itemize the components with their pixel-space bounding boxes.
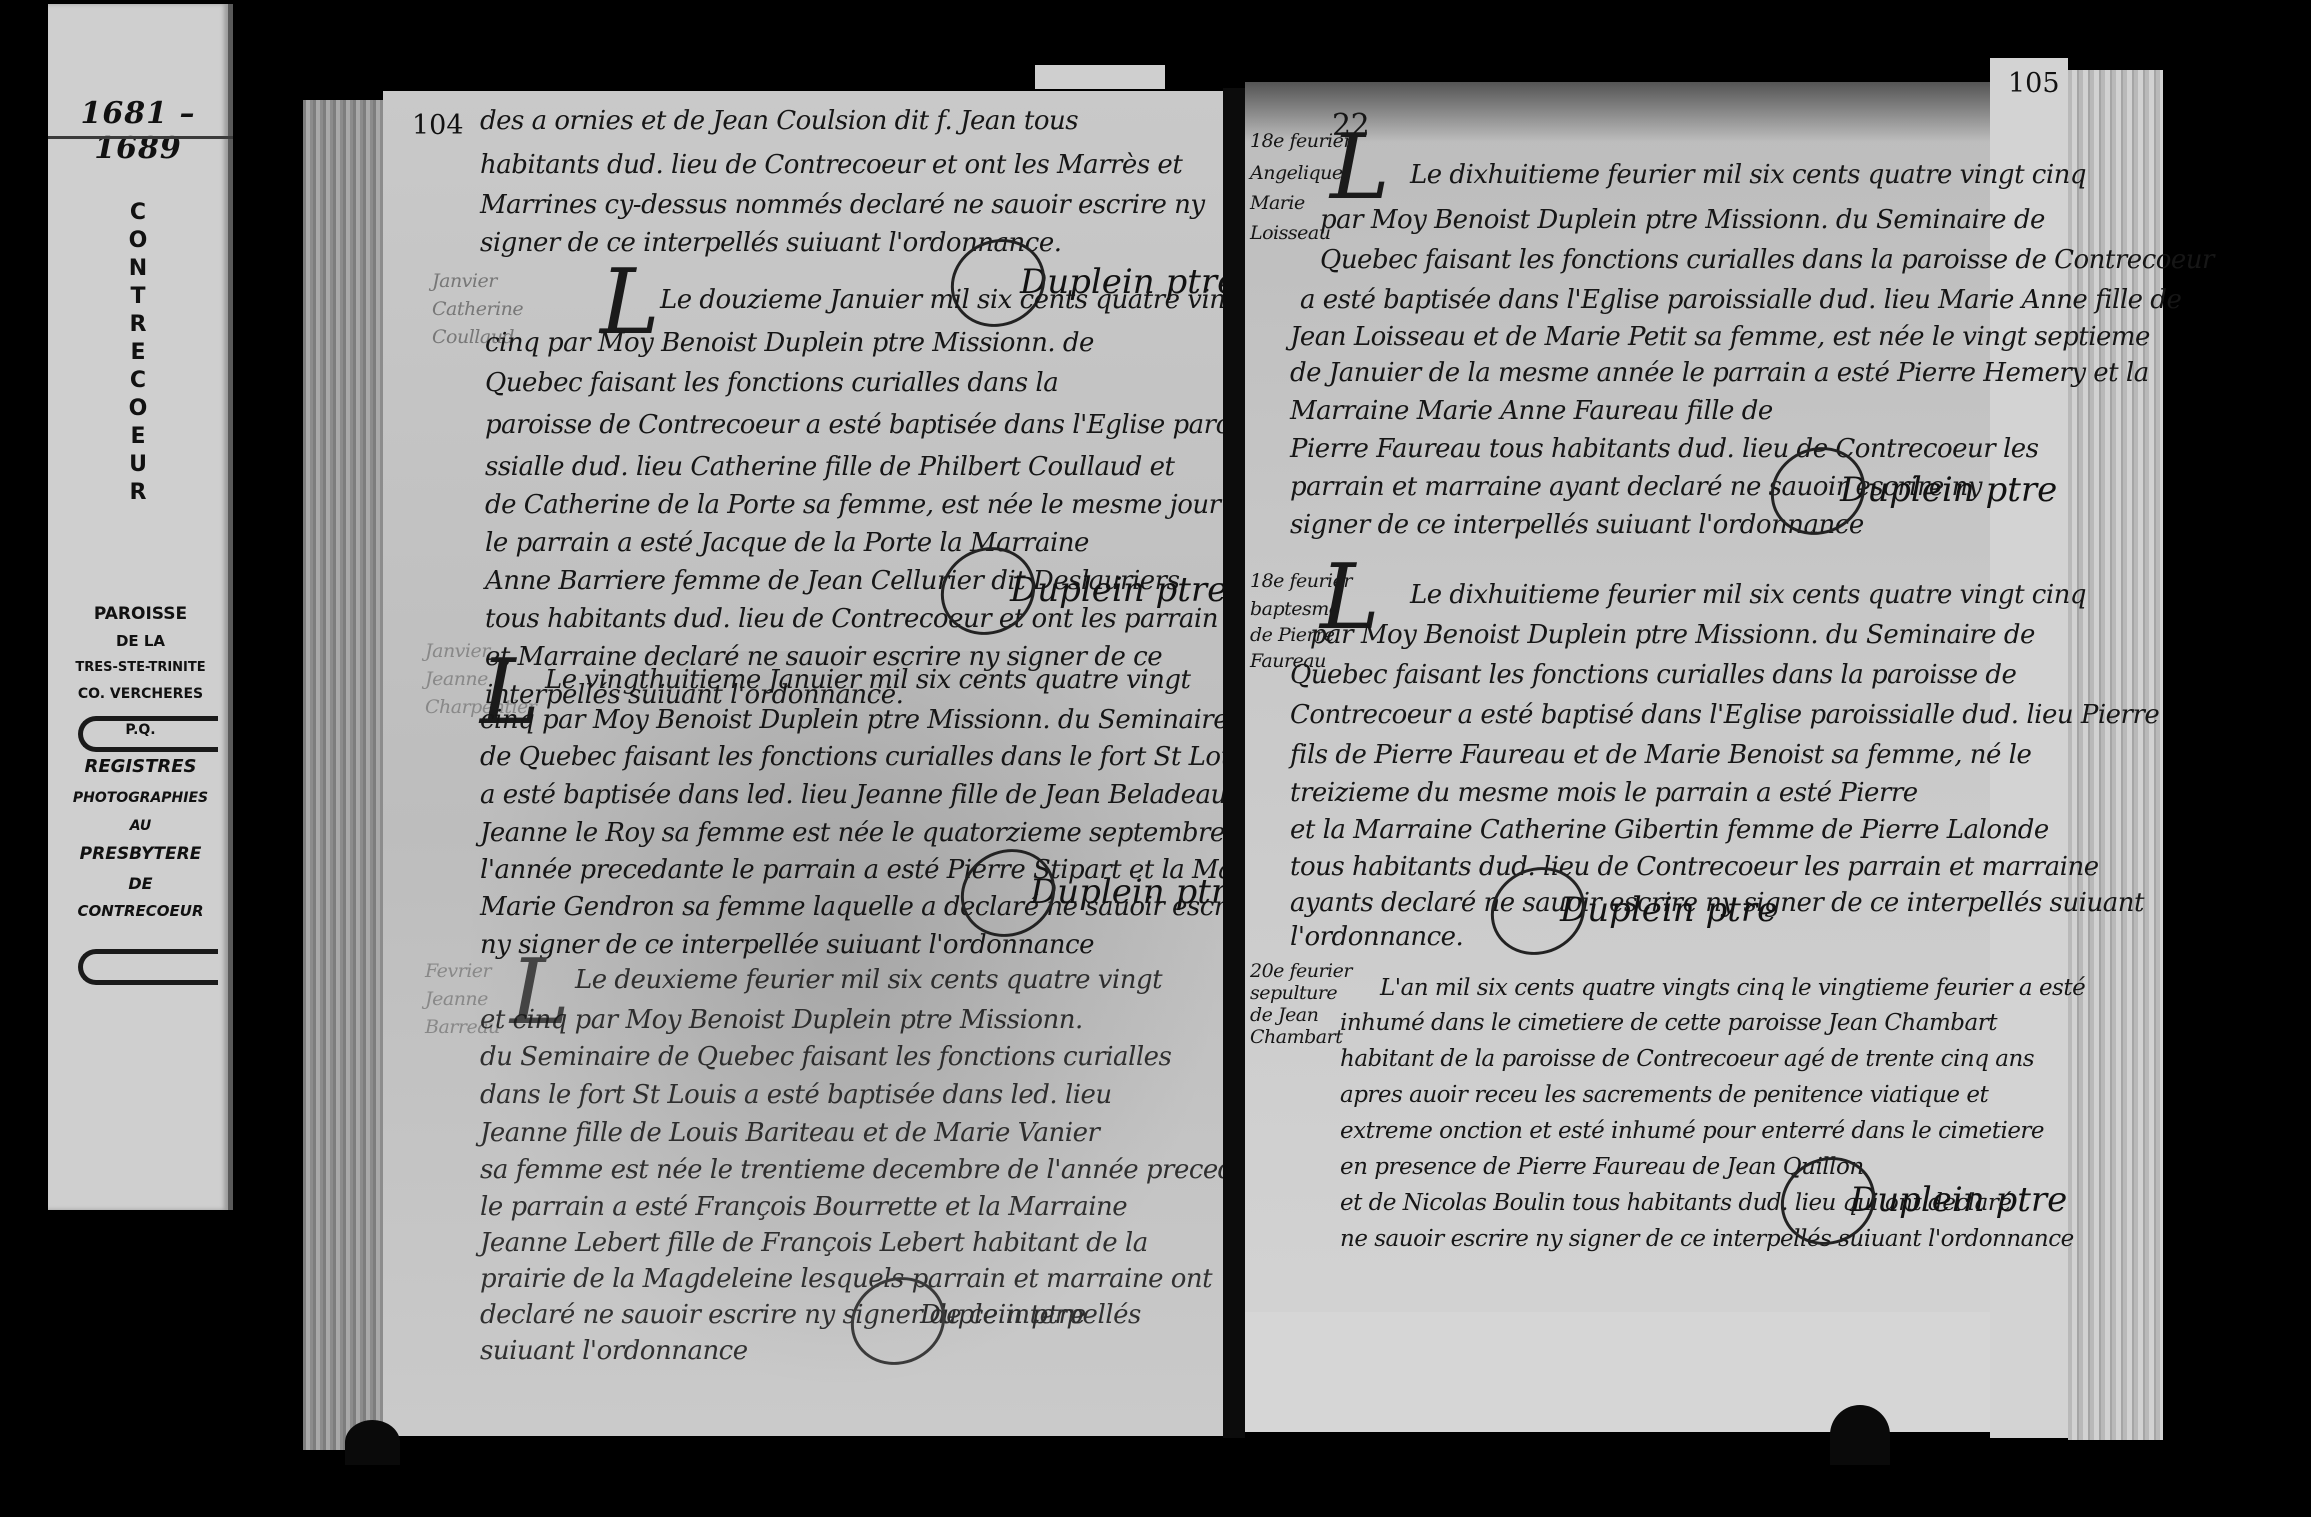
entry-line: suiuant l'ordonnance xyxy=(480,1336,748,1366)
entry-line: par Moy Benoist Duplein ptre Missionn. d… xyxy=(1310,620,2035,650)
entry-line: dans le fort St Louis a esté baptisée da… xyxy=(480,1080,1112,1110)
entry-line: Le douzieme Januier mil six cents quatre… xyxy=(660,285,1252,315)
entry-line: Quebec faisant les fonctions curialles d… xyxy=(485,368,1058,398)
entry-line: fils de Pierre Faureau et de Marie Benoi… xyxy=(1290,740,2031,770)
entry-line: Le dixhuitieme feurier mil six cents qua… xyxy=(1410,580,2086,610)
entry-line: habitants dud. lieu de Contrecoeur et on… xyxy=(480,150,1182,180)
margin-note: 20e feurier xyxy=(1250,960,1352,982)
label-province: P.Q. xyxy=(48,722,233,738)
parish-name-vertical: C O N T R E C O E U R xyxy=(123,202,153,504)
entry-line: Pierre Faureau tous habitants dud. lieu … xyxy=(1290,434,2039,464)
entry-line: cinq par Moy Benoist Duplein ptre Missio… xyxy=(480,705,1228,735)
entry-line: du Seminaire de Quebec faisant les fonct… xyxy=(480,1042,1171,1072)
divider xyxy=(48,136,233,139)
label-de: DE xyxy=(48,874,233,893)
entry-line: de Januier de la mesme année le parrain … xyxy=(1290,358,2149,388)
priest-signature: Duplein ptre xyxy=(1560,890,1777,930)
book-gutter xyxy=(1223,88,1245,1438)
entry-line: Jeanne fille de Louis Bariteau et de Mar… xyxy=(480,1118,1099,1148)
letter: C xyxy=(130,202,146,224)
entry-line: le parrain a esté François Bourrette et … xyxy=(480,1192,1127,1222)
letter: R xyxy=(130,314,147,336)
entry-line: prairie de la Magdeleine lesquels parrai… xyxy=(480,1264,1212,1294)
margin-note: Marie xyxy=(1250,192,1305,214)
margin-note: Catherine xyxy=(432,298,523,320)
left-page-number: 104 xyxy=(412,110,464,141)
margin-note: Janvier xyxy=(432,270,497,292)
entry-line: Le vingthuitieme Januier mil six cents q… xyxy=(545,665,1190,695)
entry-line: Marraine Marie Anne Faureau fille de xyxy=(1290,396,1773,426)
margin-note: Jeanne xyxy=(425,988,488,1010)
thumb-right xyxy=(1830,1405,1890,1465)
register-years: 1681 – 1689 xyxy=(48,96,228,166)
entry-line: Marrines cy-dessus nommés declaré ne sau… xyxy=(480,190,1205,220)
letter: R xyxy=(130,482,147,504)
margin-note: Chambart xyxy=(1250,1026,1342,1048)
letter: O xyxy=(129,230,148,252)
entry-line: tous habitants dud. lieu de Contrecoeur … xyxy=(1290,852,2099,882)
label-au: AU xyxy=(48,818,233,834)
entry-line: et la Marraine Catherine Gibertin femme … xyxy=(1290,815,2049,845)
margin-note: Fevrier xyxy=(425,960,491,982)
page-bottom-margin xyxy=(1245,1312,2045,1432)
entry-line: ne sauoir escrire ny signer de ce interp… xyxy=(1340,1226,2074,1252)
entry-line: extreme onction et esté inhumé pour ente… xyxy=(1340,1118,2044,1144)
paper-slip xyxy=(1035,65,1165,89)
entry-line: Jean Loisseau et de Marie Petit sa femme… xyxy=(1290,322,2150,352)
entry-line: habitant de la paroisse de Contrecoeur a… xyxy=(1340,1046,2034,1072)
entry-line: a esté baptisée dans l'Eglise paroissial… xyxy=(1300,285,2181,315)
entry-line: paroisse de Contrecoeur a esté baptisée … xyxy=(485,410,1247,440)
letter: E xyxy=(130,342,145,364)
entry-line: Jeanne Lebert fille de François Lebert h… xyxy=(480,1228,1148,1258)
priest-signature: Duplein ptre xyxy=(920,1300,1086,1330)
entry-line: Le deuxieme feurier mil six cents quatre… xyxy=(575,965,1162,995)
entry-line: treizieme du mesme mois le parrain a est… xyxy=(1290,778,1918,808)
entry-line: ssialle dud. lieu Catherine fille de Phi… xyxy=(485,452,1174,482)
entry-line: par Moy Benoist Duplein ptre Missionn. d… xyxy=(1320,205,2045,235)
label-presbytere: PRESBYTERE xyxy=(48,844,233,864)
margin-note: Jeanne xyxy=(425,668,488,690)
priest-signature: Duplein ptre xyxy=(1030,872,1247,912)
entry-line: sa femme est née le trentieme decembre d… xyxy=(480,1155,1290,1185)
entry-line: a esté baptisée dans led. lieu Jeanne fi… xyxy=(480,780,1298,810)
label-contrecoeur: CONTRECOEUR xyxy=(48,902,233,920)
label-photographies: PHOTOGRAPHIES xyxy=(48,790,233,806)
label-registres: REGISTRES xyxy=(48,756,233,777)
entry-line: Quebec faisant les fonctions curialles d… xyxy=(1290,660,2016,690)
entry-line: L'an mil six cents quatre vingts cinq le… xyxy=(1380,975,2085,1001)
entry-line: en presence de Pierre Faureau de Jean Qu… xyxy=(1340,1154,1864,1180)
right-page-number: 105 xyxy=(2008,68,2060,99)
book-page-edges-right xyxy=(2068,70,2163,1440)
entry-line: des a ornies et de Jean Coulsion dit f. … xyxy=(480,106,1078,136)
entry-line: de Catherine de la Porte sa femme, est n… xyxy=(485,490,1221,520)
margin-note: Angelique xyxy=(1250,162,1343,184)
entry-line: Quebec faisant les fonctions curialles d… xyxy=(1320,245,2214,275)
entry-line: Jeanne le Roy sa femme est née le quator… xyxy=(480,818,1264,848)
label-paroisse: PAROISSE xyxy=(48,604,233,624)
letter: O xyxy=(129,398,148,420)
entry-line: inhumé dans le cimetiere de cette parois… xyxy=(1340,1010,1997,1036)
entry-line: de Quebec faisant les fonctions curialle… xyxy=(480,742,1257,772)
paperclip-icon xyxy=(78,949,218,985)
thumb-left xyxy=(345,1420,400,1465)
priest-signature: Duplein ptre xyxy=(1010,570,1227,610)
letter: C xyxy=(130,370,146,392)
priest-signature: Duplein ptre xyxy=(1850,1180,2067,1220)
priest-signature: Duplein ptre xyxy=(1840,470,2057,510)
letter: N xyxy=(129,258,147,280)
letter: E xyxy=(130,426,145,448)
entry-line: l'ordonnance. xyxy=(1290,922,1463,952)
label-de-la: DE LA xyxy=(48,632,233,650)
margin-note: sepulture xyxy=(1250,982,1337,1004)
book-page-edges-left xyxy=(303,100,383,1450)
label-county: CO. VERCHERES xyxy=(48,686,233,702)
entry-line: Contrecoeur a esté baptisé dans l'Eglise… xyxy=(1290,700,2159,730)
archive-label-strip: 1681 – 1689 C O N T R E C O E U R PAROIS… xyxy=(48,4,233,1210)
label-trinite: TRES-STE-TRINITE xyxy=(48,660,233,675)
margin-note: de Jean xyxy=(1250,1004,1318,1026)
entry-line: apres auoir receu les sacrements de peni… xyxy=(1340,1082,1988,1108)
letter: T xyxy=(130,286,145,308)
entry-line: cinq par Moy Benoist Duplein ptre Missio… xyxy=(485,328,1094,358)
margin-note: Loisseau xyxy=(1250,222,1330,244)
entry-line: et cinq par Moy Benoist Duplein ptre Mis… xyxy=(480,1005,1083,1035)
entry-line: Le dixhuitieme feurier mil six cents qua… xyxy=(1410,160,2086,190)
letter: U xyxy=(129,454,147,476)
